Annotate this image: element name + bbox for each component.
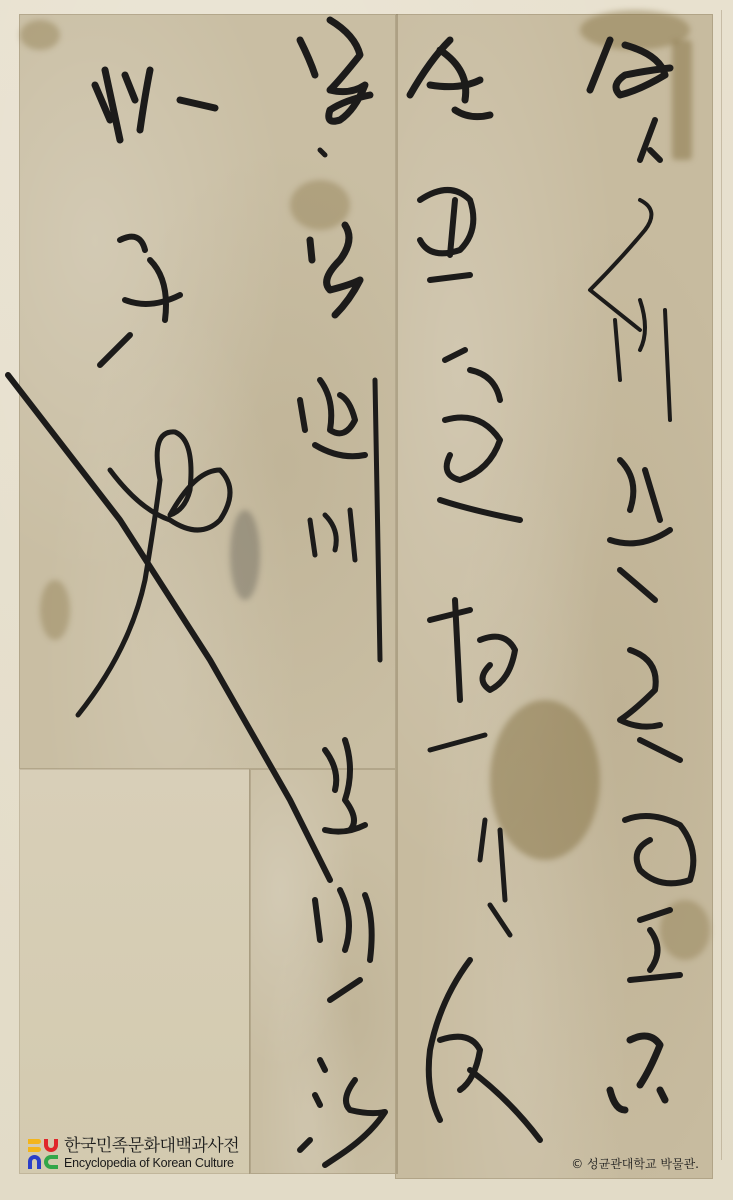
encyclopedia-watermark: 한국민족문화대백과사전 Encyclopedia of Korean Cultu…: [28, 1138, 239, 1170]
column-4-char-5: [620, 650, 680, 760]
column-3-char-1: [410, 40, 490, 117]
column-4-char-1: [590, 40, 670, 95]
column-1-char-1: [95, 70, 215, 140]
column-3-char-4: [430, 600, 515, 700]
column-3-char-5: [430, 735, 510, 935]
column-4-char-4: [610, 460, 670, 600]
column-2-dot: [320, 150, 325, 155]
encyclopedia-logo-icon: [28, 1139, 58, 1169]
column-3-char-2: [420, 190, 473, 280]
calligraphy-ink: [0, 0, 733, 1200]
column-3-char-3: [440, 350, 520, 520]
column-2-char-3: [300, 380, 365, 456]
column-2-char-4: [310, 380, 380, 660]
watermark-english-title: Encyclopedia of Korean Culture: [64, 1157, 239, 1170]
column-4-char-3: [590, 200, 670, 420]
column-2-char-6: [315, 890, 372, 1000]
column-4-char-6: [625, 816, 693, 883]
column-4-char-7: [630, 910, 680, 980]
column-4-char-8: [610, 1036, 665, 1110]
column-4-char-2: [640, 120, 660, 160]
watermark-korean-title: 한국민족문화대백과사전: [64, 1138, 239, 1155]
column-2-char-5: [325, 740, 365, 832]
strike-through-line: [8, 375, 330, 880]
column-2-char-2: [310, 225, 360, 315]
column-1-char-2: [100, 237, 180, 365]
copyright-credit: © 성균관대학교 박물관.: [571, 1155, 699, 1172]
copyright-symbol: ©: [571, 1157, 583, 1171]
copyright-holder: 성균관대학교 박물관.: [587, 1157, 699, 1171]
column-2-char-7: [300, 1060, 385, 1165]
column-3-char-6: [429, 960, 540, 1140]
column-2-char-1: [300, 20, 370, 121]
